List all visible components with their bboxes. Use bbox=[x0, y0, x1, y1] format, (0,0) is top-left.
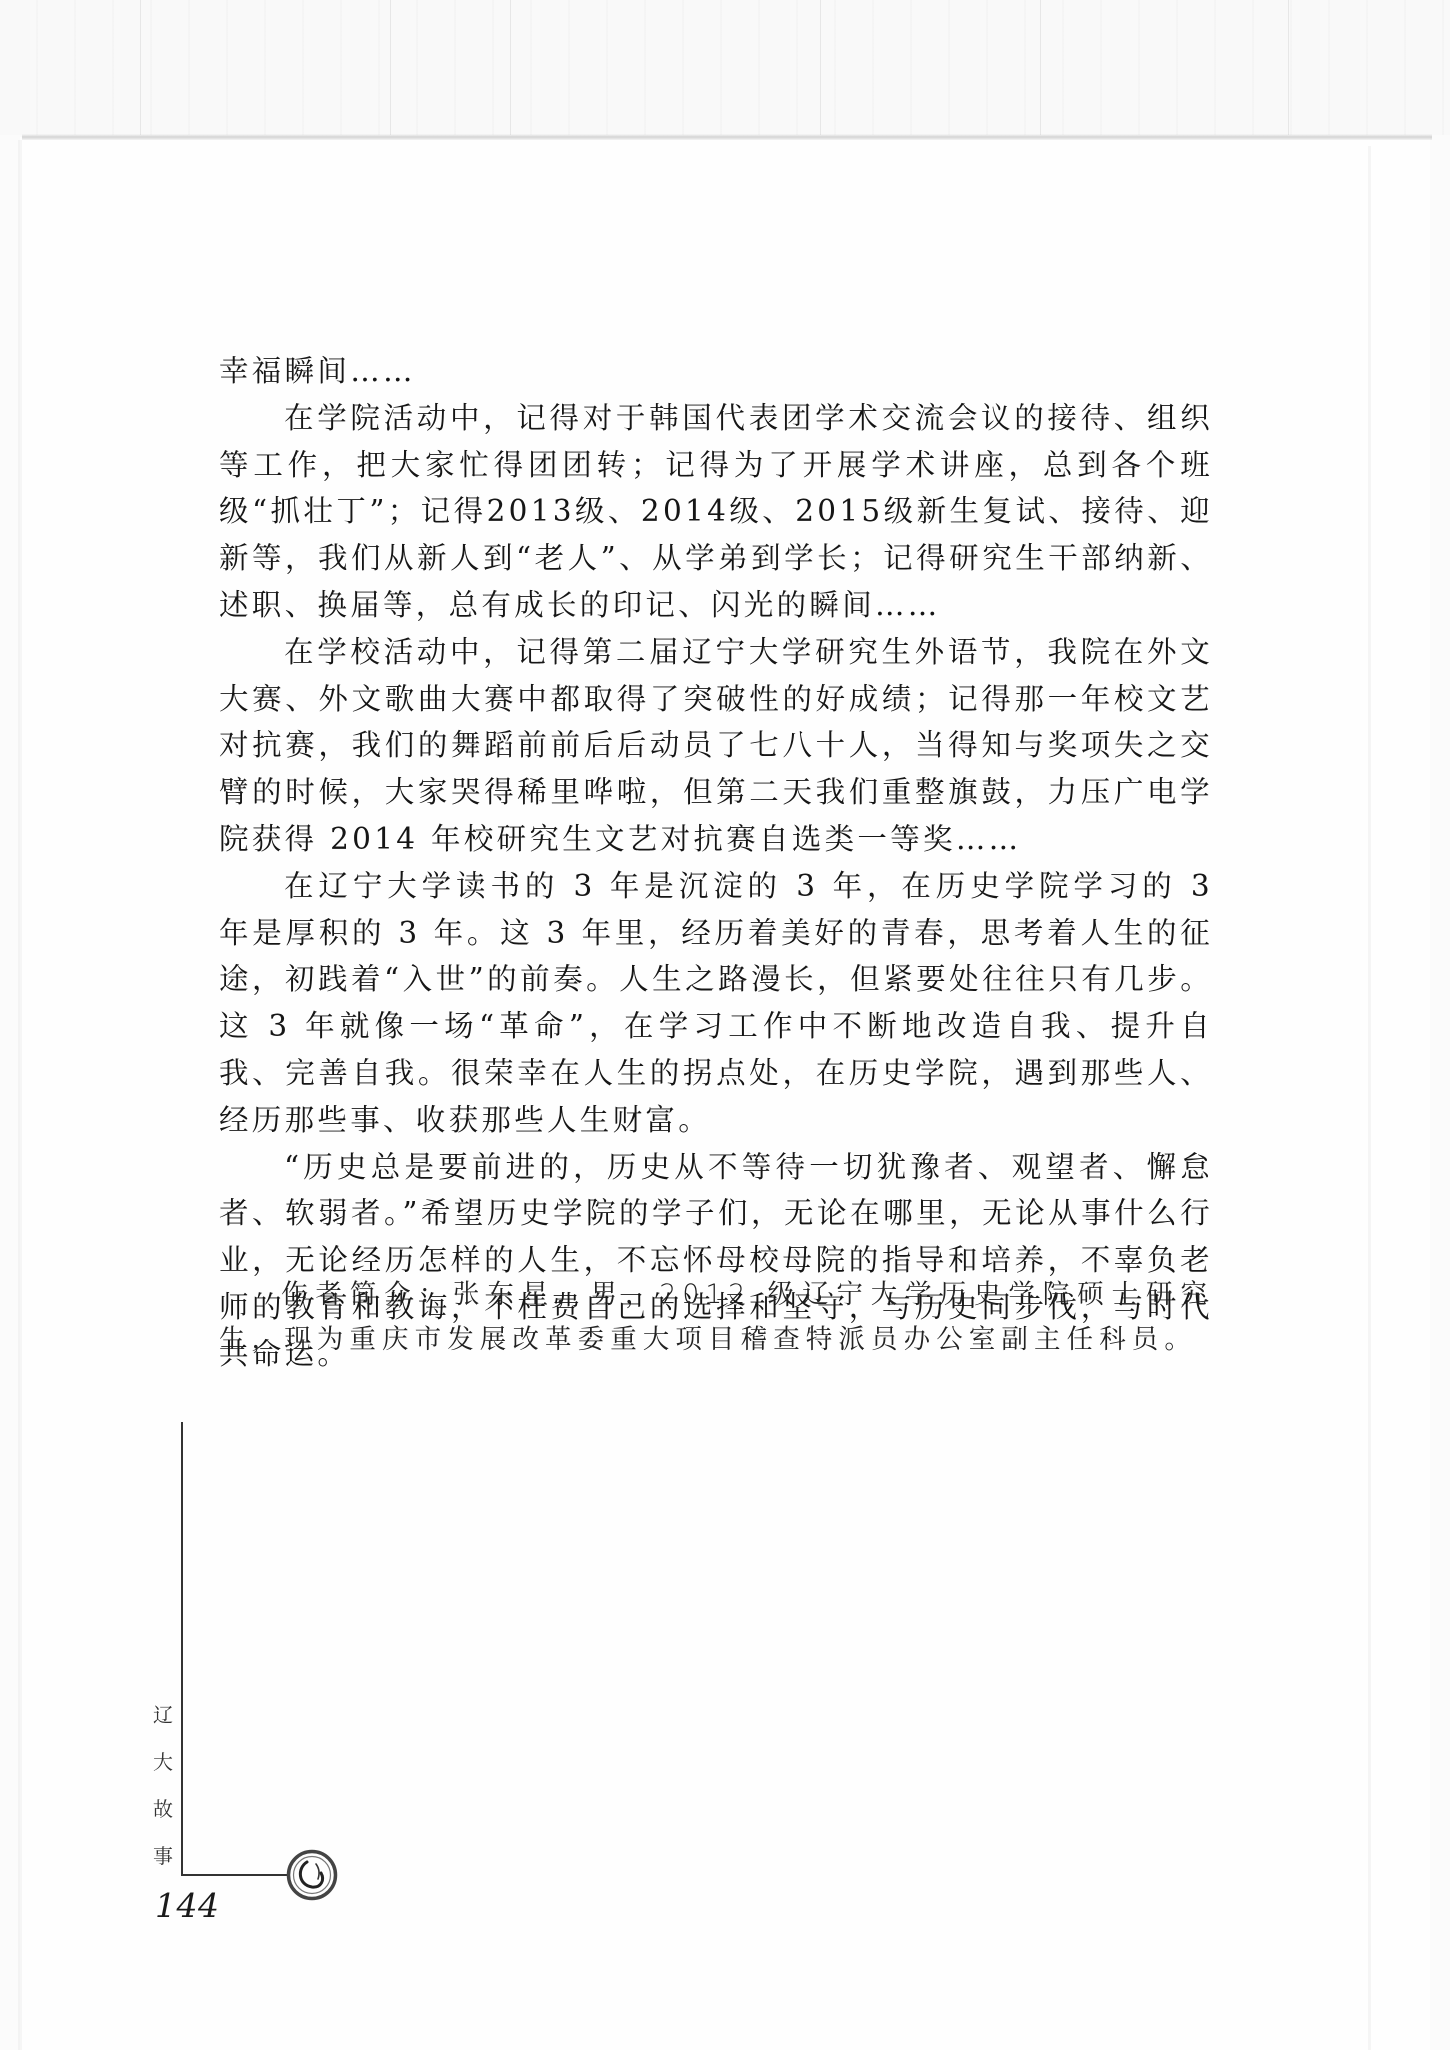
margin-vertical-rule bbox=[181, 1422, 183, 1876]
page-top-shadow bbox=[22, 134, 1432, 140]
scan-artifact-band bbox=[0, 0, 1450, 135]
margin-horizontal-rule bbox=[181, 1874, 289, 1876]
page-left-edge bbox=[18, 140, 22, 2050]
circle-emblem-icon bbox=[286, 1849, 338, 1901]
paragraph-continuation: 幸福瞬间…… bbox=[219, 348, 1213, 395]
page-number: 144 bbox=[155, 1886, 220, 1925]
body-text: 幸福瞬间…… 在学院活动中，记得对于韩国代表团学术交流会议的接待、组织等工作，把… bbox=[219, 348, 1213, 1378]
page-right-edge bbox=[1368, 146, 1371, 2050]
paragraph-three-years: 在辽宁大学读书的 3 年是沉淀的 3 年，在历史学院学习的 3 年是厚积的 3 … bbox=[219, 863, 1213, 1144]
author-bio: 作者简介：张东星，男，2012 级辽宁大学历史学院硕士研究生，现为重庆市发展改革… bbox=[219, 1272, 1213, 1362]
paragraph-school-activities: 在学校活动中，记得第二届辽宁大学研究生外语节，我院在外文大赛、外文歌曲大赛中都取… bbox=[219, 629, 1213, 863]
series-title-vertical: 辽 大 故 事 bbox=[150, 1692, 176, 1880]
series-title-char: 辽 bbox=[150, 1692, 176, 1739]
series-title-char: 大 bbox=[150, 1739, 176, 1786]
series-title-char: 事 bbox=[150, 1833, 176, 1880]
series-title-char: 故 bbox=[150, 1786, 176, 1833]
paragraph-college-activities: 在学院活动中，记得对于韩国代表团学术交流会议的接待、组织等工作，把大家忙得团团转… bbox=[219, 395, 1213, 629]
